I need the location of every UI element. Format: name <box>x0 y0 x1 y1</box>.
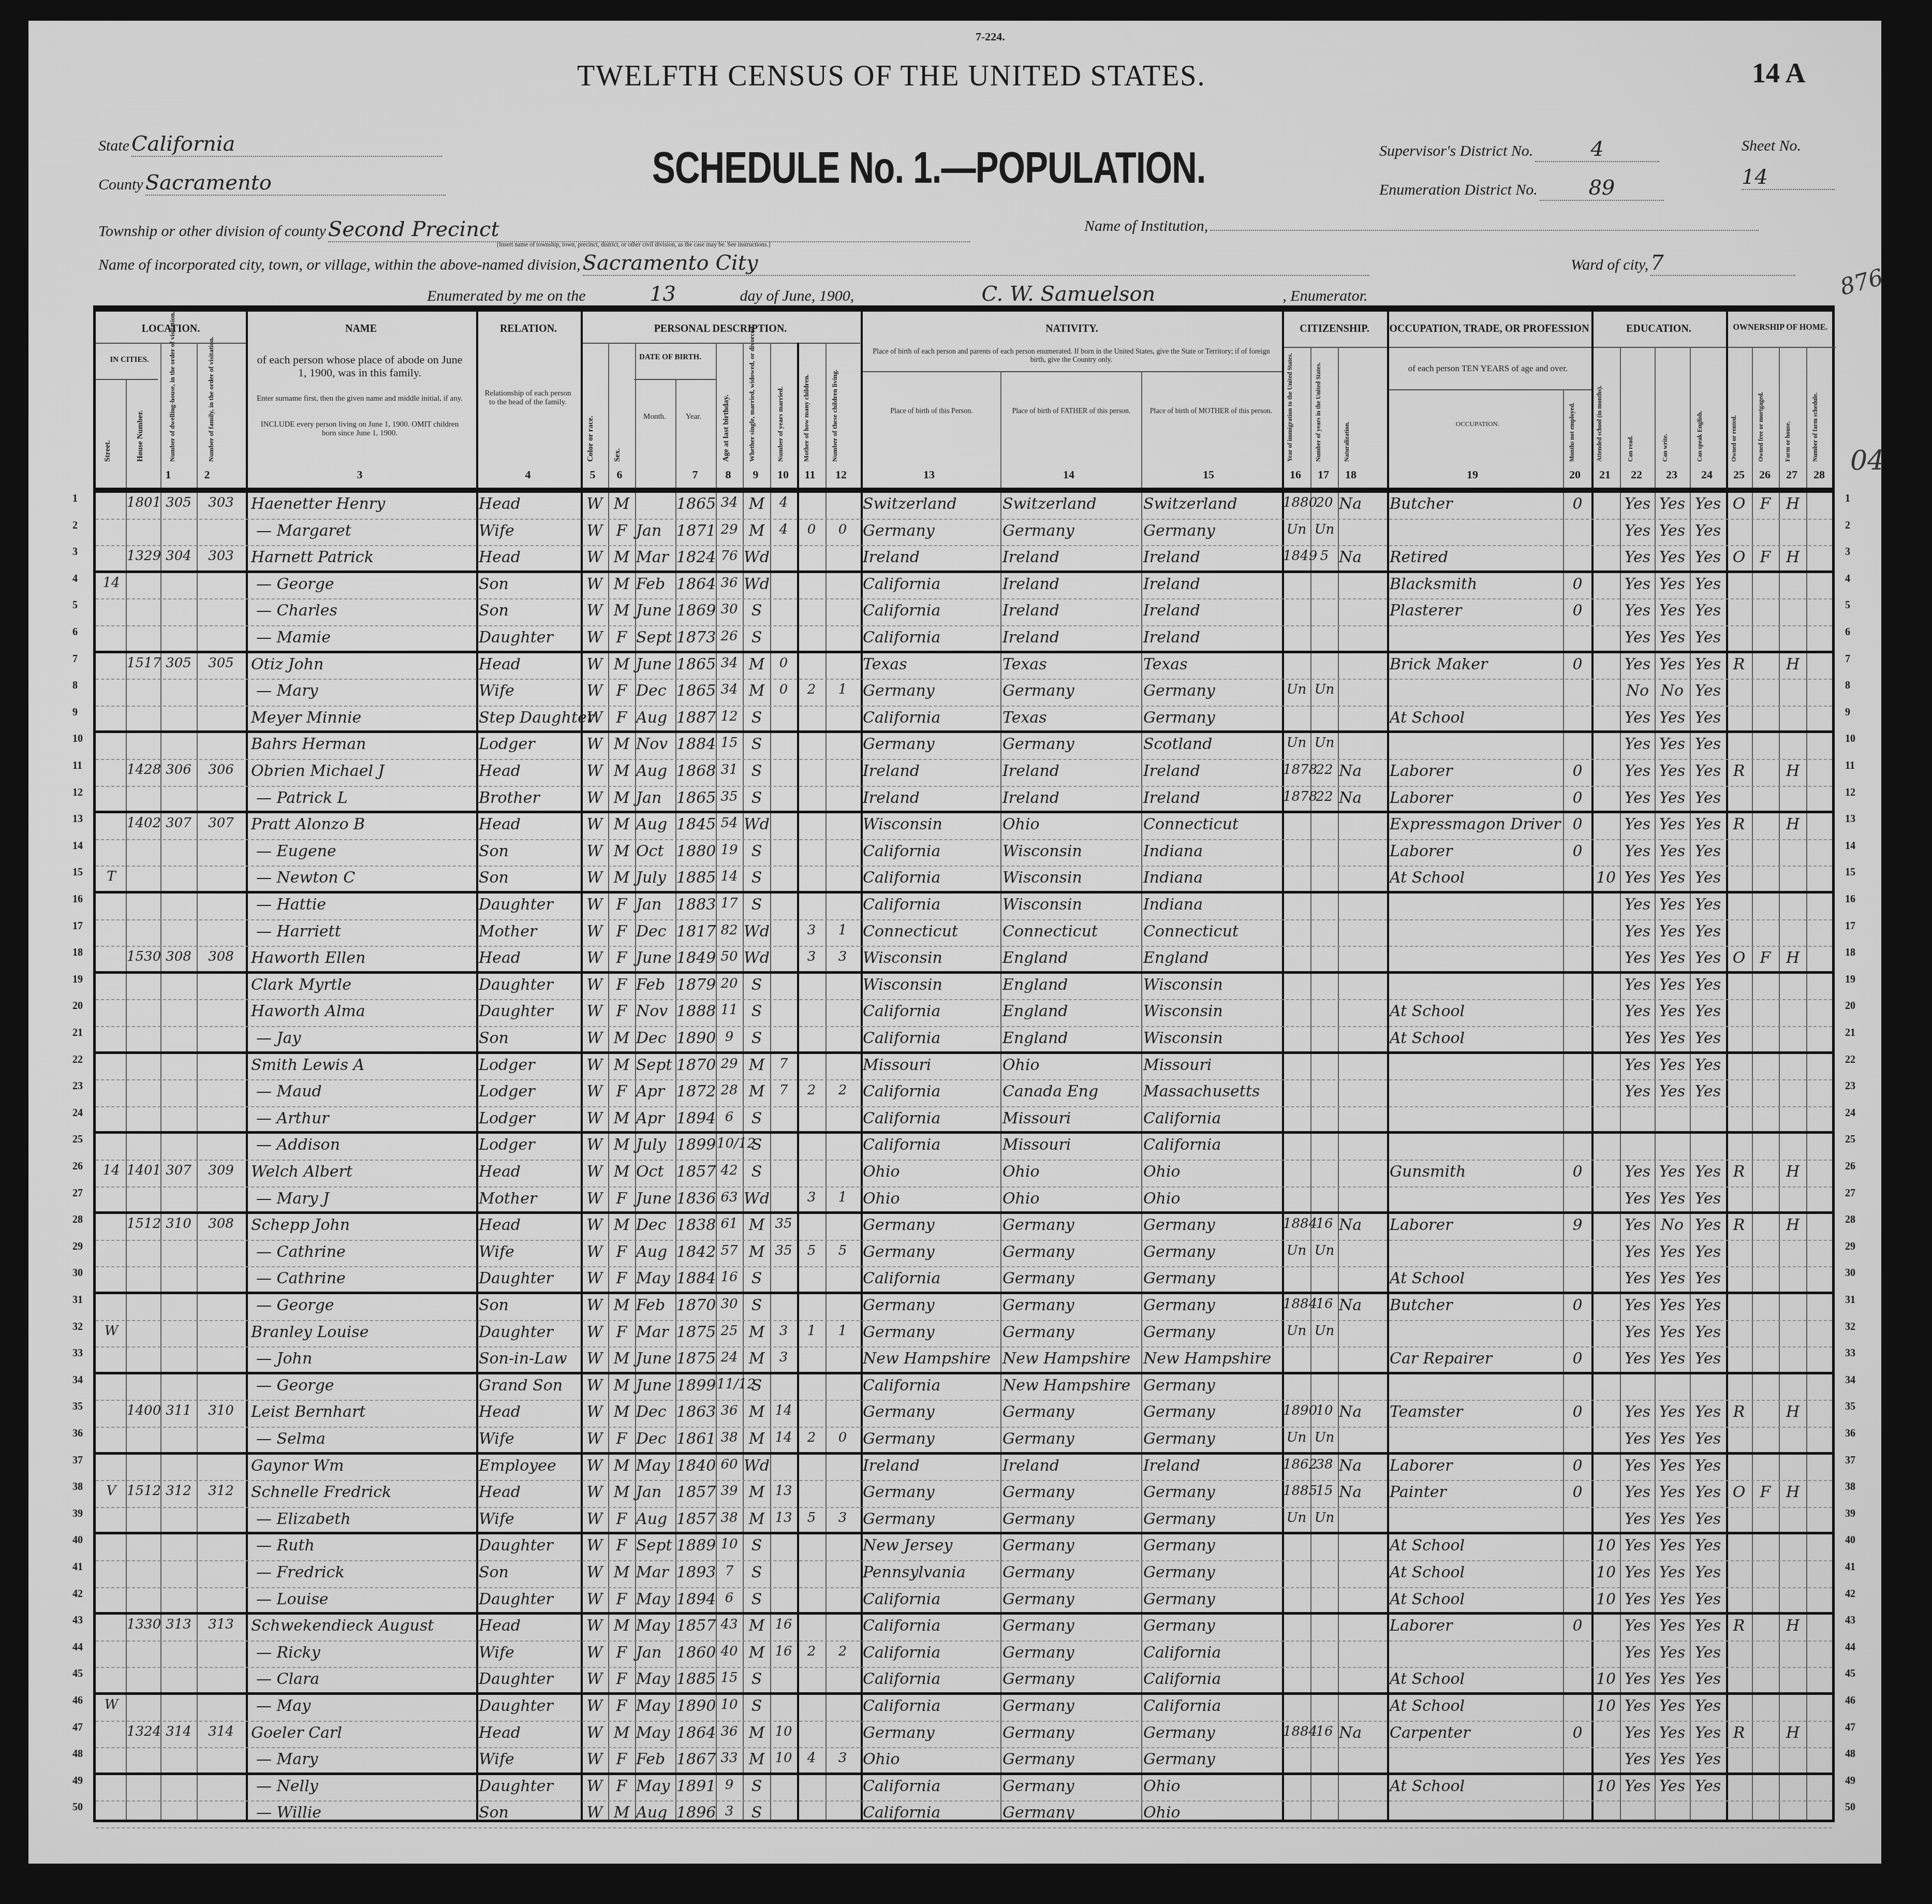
cell-family <box>198 896 244 918</box>
cell-year: 1861 <box>676 1430 715 1453</box>
cell-month: Dec <box>636 1430 674 1453</box>
cell-name: Otiz John <box>251 655 474 678</box>
cell-month: Nov <box>636 1002 674 1025</box>
cell-age: 14 <box>717 869 742 891</box>
divider <box>862 371 1282 372</box>
cell-street <box>98 1590 124 1613</box>
county-field: County Sacramento <box>98 171 502 196</box>
cell-month: Jan <box>636 1483 674 1506</box>
cell-unemp: 0 <box>1564 789 1591 812</box>
cell-sex: F <box>609 1243 634 1266</box>
table-row: — ElizabethWifeWFAug185738M1353GermanyGe… <box>96 1508 1832 1535</box>
cell-dwelling: 310 <box>161 1216 196 1239</box>
cell-name: — George <box>251 1296 479 1319</box>
cell-color: W <box>582 1510 607 1533</box>
cell-yrs-married: 14 <box>771 1403 796 1426</box>
cell-school <box>1592 1323 1619 1346</box>
cell-age: 10 <box>717 1536 742 1559</box>
table-row: — Patrick LBrotherWMJan186535SIrelandIre… <box>96 787 1832 814</box>
cell-nat <box>1339 1697 1385 1720</box>
cell-father: Wisconsin <box>1002 842 1140 865</box>
cell-write <box>1656 1136 1689 1159</box>
cell-write: Yes <box>1656 1697 1689 1720</box>
cell-house: 1801 <box>127 495 160 518</box>
cell-street <box>98 762 124 785</box>
cell-living <box>827 655 859 678</box>
cell-english: Yes <box>1691 1724 1725 1747</box>
cell-mother: Ohio <box>1143 1777 1281 1800</box>
cell-age: 10 <box>717 1697 742 1720</box>
cell-mother: Ireland <box>1143 628 1281 651</box>
cell-family <box>198 789 244 812</box>
cell-owned <box>1727 1536 1751 1559</box>
cell-year: 1884 <box>676 735 715 758</box>
cell-mother-of <box>798 1002 825 1025</box>
cell-month: Mar <box>636 1323 674 1346</box>
cell-age: 6 <box>717 1109 742 1132</box>
cell-farm: H <box>1780 949 1806 972</box>
cell-farm: H <box>1780 1724 1806 1747</box>
cell-mother: Germany <box>1143 1590 1281 1613</box>
cell-farm <box>1780 735 1806 758</box>
cell-english: Yes <box>1691 1082 1725 1105</box>
cell-school: 10 <box>1592 1536 1619 1559</box>
cell-english: Yes <box>1691 1590 1725 1613</box>
cell-relation: Head <box>479 815 580 838</box>
cell-farm <box>1780 869 1806 891</box>
cell-dwelling <box>161 1269 196 1292</box>
cell-month: Apr <box>636 1082 674 1105</box>
cell-english <box>1691 1804 1725 1826</box>
cell-nat <box>1339 628 1385 651</box>
cell-unemp <box>1564 1510 1591 1533</box>
divider <box>1387 389 1591 390</box>
cell-read: Yes <box>1621 1082 1654 1105</box>
table-row: 1329304303Harnett PatrickHeadWMMar182476… <box>96 546 1832 573</box>
cell-mother-of <box>798 1403 825 1426</box>
row-number: 33 <box>72 1348 83 1359</box>
row-number: 35 <box>72 1401 83 1413</box>
table-row: — HattieDaughterWFJan188317SCaliforniaWi… <box>96 894 1832 920</box>
cell-house <box>127 735 160 758</box>
cell-mother-of <box>798 655 825 678</box>
cell-occupation: Teamster <box>1390 1403 1563 1426</box>
cell-yrs-married: 7 <box>771 1082 796 1105</box>
cell-farm <box>1780 1376 1806 1399</box>
cell-owned <box>1727 842 1751 865</box>
cell-sex: F <box>609 709 634 731</box>
cell-occupation: At School <box>1390 1777 1563 1800</box>
cell-write: Yes <box>1656 949 1689 972</box>
cell-family <box>198 1323 244 1346</box>
cell-year: 1857 <box>676 1483 715 1506</box>
cell-mother-of <box>798 495 825 518</box>
cell-month: Jan <box>636 789 674 812</box>
cell-name: Branley Louise <box>251 1323 474 1346</box>
row-number: 30 <box>1845 1267 1855 1279</box>
cell-sex: M <box>609 789 634 812</box>
cell-mother-of <box>798 815 825 838</box>
row-number: 16 <box>72 894 83 905</box>
cell-month: May <box>636 1724 674 1747</box>
cell-marital: Wd <box>744 922 770 945</box>
cell-yrs-us <box>1311 1136 1337 1159</box>
cell-occupation: At School <box>1390 1269 1563 1292</box>
cell-month: June <box>636 1190 674 1212</box>
cell-age: 38 <box>717 1430 742 1453</box>
cell-nat <box>1339 815 1385 838</box>
column-number: 16 <box>1288 468 1303 481</box>
cell-month: Feb <box>636 976 674 999</box>
cell-living <box>827 1296 859 1319</box>
table-row: — FredrickSonWMMar18937SPennsylvaniaGerm… <box>96 1561 1832 1588</box>
cell-dwelling: 314 <box>161 1724 196 1747</box>
cell-yrs-us <box>1311 896 1337 918</box>
cell-mother-of <box>798 1350 825 1372</box>
cell-write: Yes <box>1656 495 1689 518</box>
cell-school <box>1592 762 1619 785</box>
relation-description: Relationship of each person to the head … <box>481 389 574 407</box>
cell-read: Yes <box>1621 548 1654 571</box>
cell-name: — Margaret <box>251 522 479 545</box>
row-number: 24 <box>72 1107 83 1119</box>
cell-sex: F <box>609 1190 634 1212</box>
cell-birth: California <box>863 842 999 865</box>
cell-birth: New Hampshire <box>863 1350 999 1372</box>
cell-color: W <box>582 1190 607 1212</box>
column-number: 13 <box>921 468 937 481</box>
cell-relation: Daughter <box>479 1323 580 1346</box>
cell-imm <box>1283 628 1310 651</box>
cell-yrs-married <box>771 628 796 651</box>
row-number: 45 <box>1845 1668 1855 1680</box>
cell-mother: California <box>1143 1109 1281 1132</box>
cell-unemp: 0 <box>1564 495 1591 518</box>
institution-value <box>1210 230 1759 231</box>
cell-street <box>98 1376 124 1399</box>
cell-street <box>98 1296 124 1319</box>
cell-farm <box>1780 602 1806 624</box>
cell-mother: Connecticut <box>1143 815 1281 838</box>
cell-age: 11/12 <box>717 1376 742 1399</box>
cell-age: 15 <box>717 1670 742 1693</box>
cell-year: 1875 <box>676 1323 715 1346</box>
cell-owned: R <box>1727 1216 1751 1239</box>
cell-street <box>98 1403 124 1426</box>
cell-year: 1857 <box>676 1617 715 1639</box>
cell-nat: Na <box>1339 1296 1385 1319</box>
cell-read: Yes <box>1621 1697 1654 1720</box>
cell-english: Yes <box>1691 1670 1725 1693</box>
cell-nat <box>1339 1590 1385 1613</box>
cell-mother: Germany <box>1143 682 1281 705</box>
cell-unemp <box>1564 1670 1591 1693</box>
cell-relation: Son <box>479 1563 580 1586</box>
cell-imm: 1880 <box>1283 495 1310 518</box>
cell-yrs-us: Un <box>1311 1323 1337 1346</box>
row-number: 25 <box>1845 1134 1855 1146</box>
cell-color: W <box>582 869 607 891</box>
cell-farm <box>1780 522 1806 545</box>
cell-nat <box>1339 1430 1385 1453</box>
cell-yrs-us <box>1311 1804 1337 1826</box>
row-number: 7 <box>72 653 78 665</box>
cell-mother-of <box>798 548 825 571</box>
row-number: 49 <box>72 1775 83 1787</box>
cell-school <box>1592 1269 1619 1292</box>
cell-father: Germany <box>1002 1670 1140 1693</box>
row-number: 8 <box>72 680 78 692</box>
table-row: — CathrineWifeWFAug184257M3555GermanyGer… <box>96 1241 1832 1268</box>
cell-unemp: 0 <box>1564 1296 1591 1319</box>
cell-imm <box>1283 1109 1310 1132</box>
cell-nat <box>1339 522 1385 545</box>
cell-occupation <box>1390 682 1563 705</box>
cell-street <box>98 1029 124 1052</box>
cell-yrs-married <box>771 1163 796 1185</box>
column-number: 9 <box>748 468 763 481</box>
cell-farm <box>1780 1323 1806 1346</box>
header-age: Age at last birthday. <box>722 358 731 462</box>
cell-father: Ireland <box>1002 548 1140 571</box>
cell-owned <box>1727 628 1751 651</box>
cell-english: Yes <box>1691 1644 1725 1666</box>
cell-street <box>98 1109 124 1132</box>
cell-school: 10 <box>1592 1697 1619 1720</box>
cell-dwelling <box>161 709 196 731</box>
cell-birth: Germany <box>863 1216 999 1239</box>
cell-year: 1875 <box>676 1350 715 1372</box>
cell-occupation: Car Repairer <box>1390 1350 1563 1372</box>
cell-yrs-us <box>1311 1029 1337 1052</box>
cell-read: Yes <box>1621 575 1654 598</box>
cell-family <box>198 1376 244 1399</box>
cell-age: 26 <box>717 628 742 651</box>
cell-marital: M <box>744 1510 770 1533</box>
cell-dwelling <box>161 1082 196 1105</box>
cell-family <box>198 1296 244 1319</box>
cell-sex: F <box>609 1697 634 1720</box>
cell-mother-of <box>798 575 825 598</box>
cell-owned: O <box>1727 495 1751 518</box>
cell-mother-of <box>798 1536 825 1559</box>
cell-birth: Germany <box>863 522 999 545</box>
cell-marital: M <box>744 1644 770 1666</box>
cell-imm: Un <box>1283 682 1310 705</box>
cell-owned: O <box>1727 1483 1751 1506</box>
cell-house <box>127 1243 160 1266</box>
cell-month: Dec <box>636 1216 674 1239</box>
column-number: 11 <box>802 468 818 481</box>
cell-read: Yes <box>1621 1644 1654 1666</box>
cell-sex: M <box>609 655 634 678</box>
header-mother-of: Mother of how many children. <box>802 348 810 462</box>
cell-birth: California <box>863 1777 999 1800</box>
cell-yrs-us <box>1311 1163 1337 1185</box>
cell-unemp <box>1564 1590 1591 1613</box>
cell-street <box>98 1430 124 1453</box>
cell-school <box>1592 1243 1619 1266</box>
cell-living: 3 <box>827 1750 859 1773</box>
cell-month: July <box>636 1136 674 1159</box>
cell-sex: M <box>609 548 634 571</box>
cell-yrs-married <box>771 869 796 891</box>
cell-mother: California <box>1143 1697 1281 1720</box>
cell-unemp: 0 <box>1564 1617 1591 1639</box>
cell-marital: Wd <box>744 548 770 571</box>
cell-english: Yes <box>1691 949 1725 972</box>
cell-living <box>827 1136 859 1159</box>
cell-year: 1894 <box>676 1109 715 1132</box>
cell-color: W <box>582 1136 607 1159</box>
cell-nat <box>1339 709 1385 731</box>
row-number: 22 <box>1845 1054 1855 1066</box>
cell-read: Yes <box>1621 628 1654 651</box>
divider <box>96 379 158 380</box>
cell-marital: S <box>744 869 770 891</box>
cell-yrs-us: 16 <box>1311 1296 1337 1319</box>
cell-dwelling <box>161 1056 196 1079</box>
cell-school <box>1592 1002 1619 1025</box>
cell-unemp: 0 <box>1564 575 1591 598</box>
cell-family: 303 <box>198 548 244 571</box>
cell-write: Yes <box>1656 628 1689 651</box>
cell-mother-of <box>798 842 825 865</box>
cell-read: Yes <box>1621 1510 1654 1533</box>
cell-relation: Head <box>479 1483 580 1506</box>
cell-dwelling: 307 <box>161 1163 196 1185</box>
cell-read: Yes <box>1621 735 1654 758</box>
cell-mother-of <box>798 869 825 891</box>
cell-house <box>127 1029 160 1052</box>
cell-marital: S <box>744 1109 770 1132</box>
cell-father: Germany <box>1002 1296 1140 1319</box>
cell-owned <box>1727 709 1751 731</box>
cell-owned <box>1727 1777 1751 1800</box>
population-table: LOCATION. NAME RELATION. PERSONAL DESCRI… <box>93 305 1835 1822</box>
cell-age: 38 <box>717 1510 742 1533</box>
cell-age: 11 <box>717 1002 742 1025</box>
cell-color: W <box>582 815 607 838</box>
cell-unemp <box>1564 1243 1591 1266</box>
cell-mother-of <box>798 1109 825 1132</box>
cell-yrs-married: 13 <box>771 1483 796 1506</box>
cell-owned <box>1727 1376 1751 1399</box>
cell-free: F <box>1753 495 1778 518</box>
cell-school <box>1592 789 1619 812</box>
cell-yrs-married: 10 <box>771 1724 796 1747</box>
cell-sex: F <box>609 1269 634 1292</box>
cell-write: Yes <box>1656 1777 1689 1800</box>
row-number: 23 <box>72 1080 83 1092</box>
cell-house: 1428 <box>127 762 160 785</box>
township-value: Second Precinct <box>328 217 970 242</box>
cell-occupation <box>1390 976 1563 999</box>
cell-living <box>827 1109 859 1132</box>
cell-birth: Germany <box>863 1403 999 1426</box>
cell-owned <box>1727 1296 1751 1319</box>
cell-father: Germany <box>1002 1483 1140 1506</box>
table-row: — ArthurLodgerWMApr18946SCaliforniaMisso… <box>96 1107 1832 1134</box>
cell-family <box>198 842 244 865</box>
cell-marital: M <box>744 655 770 678</box>
cell-street <box>98 709 124 731</box>
column-number: 14 <box>1061 468 1076 481</box>
cell-mother: Germany <box>1143 1536 1281 1559</box>
row-number: 11 <box>72 760 82 772</box>
cell-dwelling: 308 <box>161 949 196 972</box>
cell-english: Yes <box>1691 789 1725 812</box>
cell-unemp <box>1564 628 1591 651</box>
cell-color: W <box>582 1002 607 1025</box>
cell-english: Yes <box>1691 628 1725 651</box>
cell-nat <box>1339 1563 1385 1586</box>
cell-sex: F <box>609 896 634 918</box>
cell-relation: Mother <box>479 922 580 945</box>
name-include-note: INCLUDE every person living on June 1, 1… <box>256 420 463 438</box>
cell-relation: Employee <box>479 1457 580 1480</box>
cell-mother: Ireland <box>1143 575 1281 598</box>
cell-relation: Wife <box>479 1430 580 1453</box>
cell-free <box>1753 1163 1778 1185</box>
cell-street <box>98 682 124 705</box>
cell-yrs-us <box>1311 1269 1337 1292</box>
cell-birth: California <box>863 1376 999 1399</box>
cell-sex: M <box>609 1109 634 1132</box>
cell-month: Feb <box>636 1750 674 1773</box>
cell-free <box>1753 1724 1778 1747</box>
cell-living <box>827 1457 859 1480</box>
cell-month: May <box>636 1590 674 1613</box>
cell-farm <box>1780 1457 1806 1480</box>
cell-family <box>198 1563 244 1586</box>
row-number: 24 <box>1845 1107 1855 1119</box>
cell-unemp <box>1564 1430 1591 1453</box>
row-number: 44 <box>1845 1642 1855 1653</box>
cell-name: — Elizabeth <box>251 1510 479 1533</box>
cell-read <box>1621 1804 1654 1826</box>
cell-school <box>1592 1644 1619 1666</box>
cell-mother-of <box>798 1163 825 1185</box>
cell-occupation: Expressmagon Driver <box>1390 815 1563 838</box>
cell-yrs-married <box>771 1002 796 1025</box>
cell-living <box>827 575 859 598</box>
table-row: T— Newton CSonWMJuly188514SCaliforniaWis… <box>96 867 1832 894</box>
cell-living: 5 <box>827 1243 859 1266</box>
cell-family <box>198 1243 244 1266</box>
cell-marital: S <box>744 1269 770 1292</box>
cell-dwelling: 311 <box>161 1403 196 1426</box>
cell-street <box>98 1269 124 1292</box>
cell-living <box>827 1002 859 1025</box>
cell-name: — Fredrick <box>251 1563 479 1586</box>
cell-living <box>827 1590 859 1613</box>
cell-father: Ireland <box>1002 1457 1140 1480</box>
cell-family: 308 <box>198 1216 244 1239</box>
cell-year: 1868 <box>676 762 715 785</box>
cell-mother-of: 1 <box>798 1323 825 1346</box>
column-number: 5 <box>585 468 600 481</box>
cell-owned <box>1727 1029 1751 1052</box>
cell-school <box>1592 1350 1619 1372</box>
cell-school: 10 <box>1592 1670 1619 1693</box>
cell-yrs-married <box>771 896 796 918</box>
cell-marital: S <box>744 1136 770 1159</box>
cell-year: 1891 <box>676 1777 715 1800</box>
cell-marital: M <box>744 1082 770 1105</box>
cell-street <box>98 1750 124 1773</box>
cell-owned <box>1727 1056 1751 1079</box>
